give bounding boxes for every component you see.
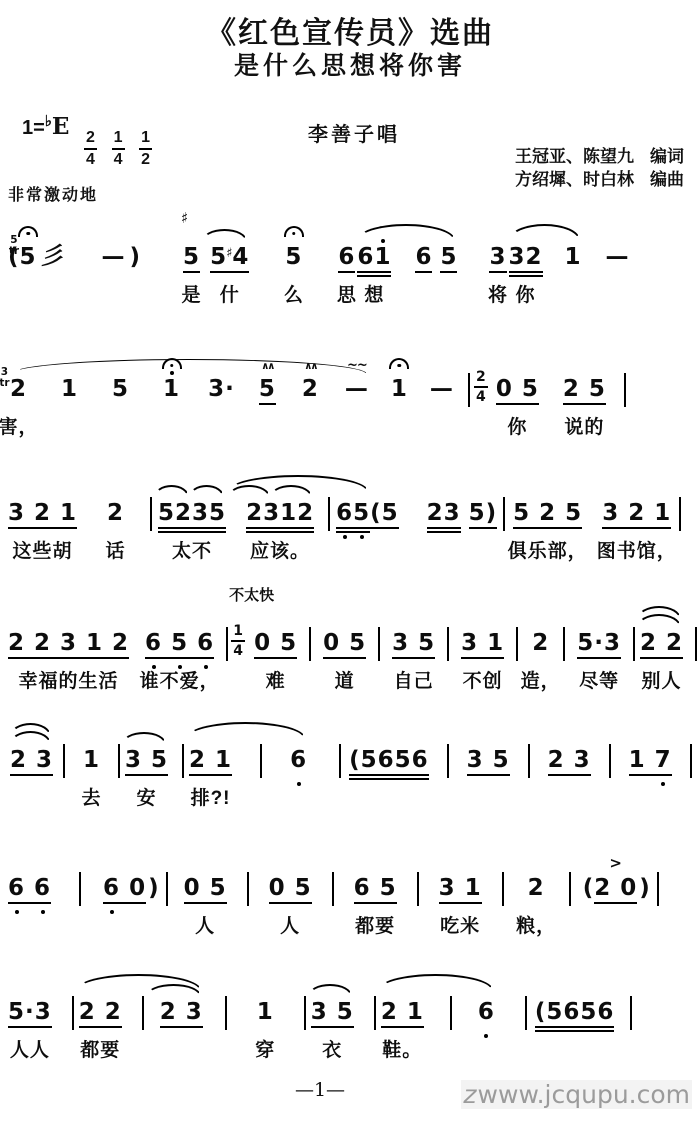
lyric-text: 你	[515, 286, 535, 305]
octave-dot-below	[41, 910, 45, 914]
octave-dot-below	[110, 910, 114, 914]
duration-underline	[160, 1026, 203, 1028]
duration-underline	[489, 271, 506, 273]
duration-underline	[158, 527, 226, 529]
score-line-2: 23tr害，1513·5∧∧2∧∧—~~1—240 5你2 5说的	[8, 332, 700, 458]
note-token: 2话	[107, 502, 124, 525]
lyric-text: 衣	[322, 1041, 342, 1060]
note-token: 1	[163, 378, 180, 401]
slur-arc	[186, 722, 305, 738]
slur-group: 2 1鞋。6	[376, 996, 495, 1024]
lyric-text: 自己	[394, 672, 434, 691]
barline	[226, 627, 228, 661]
note-token: 2造，	[532, 632, 549, 655]
lyric-text: 害，	[0, 418, 39, 437]
duration-underline	[509, 271, 543, 273]
lyric-text: 人	[280, 917, 300, 936]
score-line-5: 2 31去3 5安2 1排?!6(56563 52 31 7	[8, 706, 700, 832]
note-token: 2 3	[548, 749, 591, 772]
time-signature: 24	[474, 370, 488, 404]
mordent-icon: ∧∧	[261, 362, 273, 372]
slur-group: 3 5安	[120, 749, 168, 772]
key-prefix: 1=	[22, 117, 45, 139]
singer-credit: 李善子唱	[308, 118, 400, 147]
score-line-7: 5·3人人2 2都要2 31穿3 5衣2 1鞋。6(5656	[8, 958, 700, 1084]
duration-underline	[563, 403, 606, 405]
note-token: 3 5安	[125, 749, 168, 772]
duration-underline	[8, 902, 51, 904]
meter-2: 14	[112, 130, 125, 168]
lyric-text: 是	[182, 286, 202, 305]
note-token: (	[583, 877, 595, 900]
note-token: 1 7	[629, 749, 672, 772]
slur-group: 2 2都要2 3	[74, 996, 203, 1024]
barline	[690, 744, 692, 778]
duration-underline	[535, 1030, 615, 1032]
lyric-text: 什	[220, 286, 240, 305]
duration-underline	[103, 902, 146, 904]
lyric-text: 想	[364, 286, 384, 305]
note-token: 1穿	[257, 1001, 274, 1024]
slur-arc	[10, 723, 51, 736]
octave-dot-above	[170, 371, 174, 375]
barline	[528, 744, 530, 778]
octave-dot-below	[484, 1034, 488, 1038]
slur-arc	[378, 974, 493, 990]
lyric-text: 图书馆，	[597, 542, 677, 561]
score-line-3: 3 2 1这些胡2话5235太不2312应该。65(5235)5 2 5俱乐部，…	[8, 459, 700, 585]
duration-underline	[158, 531, 226, 533]
note-token: 6	[478, 1001, 495, 1024]
note-token: 1去	[83, 749, 100, 772]
note-token: 3 2 1图书馆，	[602, 502, 671, 525]
barline	[468, 373, 470, 407]
duration-underline	[381, 1026, 424, 1028]
barline	[657, 872, 659, 906]
duration-underline	[629, 774, 672, 776]
note-token: (5	[370, 502, 399, 525]
duration-underline	[354, 902, 397, 904]
duration-underline	[269, 902, 312, 904]
annotation-above: ♯	[181, 211, 188, 226]
lyric-text: 造，	[521, 672, 561, 691]
duration-underline	[184, 902, 227, 904]
barline	[79, 872, 81, 906]
note-token: —	[606, 246, 630, 269]
duration-underline	[311, 1026, 354, 1028]
note-token: 1	[61, 378, 78, 401]
duration-underline	[640, 657, 683, 659]
octave-dot-below	[15, 910, 19, 914]
score-line-1: (55tr彡—)5♯是5♯4什5么6思61想653将32你1—	[8, 206, 700, 332]
barline	[166, 872, 168, 906]
slur-group: 5235太不	[152, 502, 226, 525]
barline	[563, 627, 565, 661]
note-token: 2 5说的	[563, 378, 606, 401]
lyric-text: 不创	[463, 672, 503, 691]
note-token: 2 3	[160, 1001, 203, 1024]
duration-underline	[594, 902, 637, 904]
lyric-text: 说的	[564, 418, 604, 437]
note-token: 5 2 5俱乐部，	[513, 502, 582, 525]
note-token: 3 2 1这些胡	[8, 502, 77, 525]
duration-underline	[125, 774, 168, 776]
fermata-icon	[389, 358, 409, 369]
note-token: 0 5难	[254, 632, 297, 655]
slur-arc	[637, 606, 681, 619]
octave-dot-above	[381, 239, 385, 243]
note-token: —~~	[345, 378, 369, 401]
lyric-text: 幸福的生活	[19, 672, 119, 691]
note-token: 3 5衣	[311, 1001, 354, 1024]
duration-underline	[246, 527, 314, 529]
octave-dot-below	[152, 665, 156, 669]
note-token: 2 1鞋。	[381, 1001, 424, 1024]
slur-group: 2312应该。65	[226, 497, 370, 525]
lyric-text: 将	[488, 286, 508, 305]
lyric-text: 你	[507, 418, 527, 437]
lyric-text: 别人	[641, 672, 681, 691]
duration-underline	[189, 774, 232, 776]
duration-underline	[357, 271, 391, 273]
note-token: 1	[391, 378, 408, 401]
duration-underline	[439, 902, 482, 904]
barline	[569, 872, 571, 906]
octave-dot-below	[661, 782, 665, 786]
note-token: 1	[565, 246, 582, 269]
note-token: 2 2都要	[79, 1001, 122, 1024]
duration-underline	[496, 403, 539, 405]
duration-underline	[427, 531, 461, 533]
slur-group: 5♯4什	[200, 246, 249, 269]
duration-underline	[509, 275, 543, 277]
barline	[339, 744, 341, 778]
fermata-icon	[284, 226, 304, 237]
note-token: (5656	[349, 749, 429, 772]
flat-sign: ♭	[45, 113, 52, 130]
score-line-4: 2 2 3 1 2幸福的生活6 5 6谁不爱，14不太快0 5难0 5道3 5自…	[8, 586, 700, 712]
note-token: 2 2别人	[640, 632, 683, 655]
barline	[516, 627, 518, 661]
duration-underline	[461, 657, 504, 659]
time-signature: 14不太快	[231, 624, 245, 658]
lyric-text: 谁不爱，	[140, 672, 220, 691]
barline	[417, 872, 419, 906]
duration-underline	[254, 657, 297, 659]
mordent-icon: ∧∧	[304, 362, 316, 372]
duration-underline	[338, 271, 355, 273]
lyric-text: 么	[284, 286, 304, 305]
slur-arc	[122, 732, 166, 744]
lyric-text: 都要	[80, 1041, 120, 1060]
barline	[260, 744, 262, 778]
note-token: 0 5人	[184, 877, 227, 900]
lyric-text: 太不	[172, 542, 212, 561]
lyric-text: 话	[106, 542, 126, 561]
duration-underline	[246, 531, 314, 533]
duration-underline	[349, 774, 429, 776]
lyric-text: 都要	[355, 917, 395, 936]
note-token: (5656	[535, 1001, 615, 1024]
note-token: 2 3	[10, 749, 53, 772]
barline	[695, 627, 697, 661]
sheet-music-page: 《红色宣传员》选曲 是什么思想将你害 1=♭E 24 14 12 李善子唱 王冠…	[0, 0, 700, 1121]
duration-underline	[513, 527, 582, 529]
duration-underline	[357, 275, 391, 277]
note-token: 3·	[208, 378, 235, 401]
octave-dot-below	[297, 782, 301, 786]
octave-dot-below	[360, 535, 364, 539]
note-token: 3 5自己	[392, 632, 435, 655]
note-token: 61想	[357, 246, 391, 269]
duration-underline	[183, 271, 200, 273]
note-token: 5♯4什	[210, 246, 249, 269]
note-token: 2 1排?!	[189, 749, 232, 772]
tempo-marking: 非常激动地	[8, 182, 98, 205]
slur-group: 3 5衣	[306, 1001, 354, 1024]
duration-underline	[602, 527, 671, 529]
key-letter: E	[52, 113, 70, 140]
slur-arc	[509, 224, 580, 240]
note-token: 5么	[285, 246, 302, 269]
lyric-text: 鞋。	[382, 1041, 422, 1060]
note-token: 3 5	[467, 749, 510, 772]
accent-icon: >	[609, 856, 622, 871]
barline	[609, 744, 611, 778]
duration-underline	[323, 657, 366, 659]
watermark: zwww.jcqupu.com	[461, 1080, 692, 1109]
annotation-above: 不太快	[229, 588, 274, 604]
note-token: 65	[336, 502, 370, 525]
octave-dot-below	[343, 535, 347, 539]
slur-group: 32你1	[507, 246, 582, 269]
note-token: 3 1不创	[461, 632, 504, 655]
slur-arc	[308, 984, 352, 996]
barline	[328, 497, 330, 531]
note-token: —	[102, 246, 126, 269]
note-token: 6 6	[8, 877, 51, 900]
lyric-text: 思	[337, 286, 357, 305]
note-token: 0 5道	[323, 632, 366, 655]
barline	[378, 627, 380, 661]
slur-group: 61想65	[355, 246, 457, 269]
lyric-text: 俱乐部，	[508, 542, 588, 561]
duration-underline	[349, 778, 429, 780]
note-token: 2 0>	[594, 877, 637, 900]
lyric-text: 去	[82, 789, 102, 808]
lyric-text: 这些胡	[13, 542, 73, 561]
duration-underline	[577, 657, 621, 659]
trill-prefix-icon: 5tr	[9, 235, 19, 257]
barline	[247, 872, 249, 906]
barline	[630, 996, 632, 1030]
duration-underline	[427, 527, 461, 529]
duration-underline	[145, 657, 214, 659]
note-token: 23tr害，	[10, 378, 27, 401]
duration-underline	[440, 271, 457, 273]
note-token: 5	[112, 378, 129, 401]
note-token: 2 2 3 1 2幸福的生活	[8, 632, 129, 655]
note-token: 0 5人	[269, 877, 312, 900]
duration-underline	[370, 527, 399, 529]
slur-group: 2 3	[8, 749, 53, 772]
slur-arc	[154, 485, 189, 497]
barline	[624, 373, 626, 407]
slur-group: 23tr害，1513·5∧∧2∧∧—~~	[8, 378, 369, 401]
barline	[447, 744, 449, 778]
note-token: —	[430, 378, 454, 401]
lyric-text: 吃米	[440, 917, 480, 936]
duration-underline	[79, 1026, 122, 1028]
lyricist-credit: 王冠亚、陈望九编词	[515, 146, 684, 169]
slur-group: 2 2别人	[635, 632, 683, 655]
barline	[503, 497, 505, 531]
lyric-text: 人	[195, 917, 215, 936]
duration-underline	[548, 774, 591, 776]
barline	[63, 744, 65, 778]
note-token: 6 0	[103, 877, 146, 900]
duration-underline	[336, 527, 370, 529]
note-token: 5·3人人	[8, 1001, 52, 1024]
note-token: 6思	[338, 246, 355, 269]
note-token: 5235太不	[158, 502, 226, 525]
note-token: 5)	[469, 502, 498, 525]
watermark-z-icon: z	[463, 1080, 476, 1109]
note-token: 6	[290, 749, 307, 772]
watermark-text: www.jcqupu.com	[478, 1080, 690, 1109]
duration-underline	[469, 527, 498, 529]
slur-arc	[202, 229, 247, 241]
lyric-text: 人人	[10, 1041, 50, 1060]
fermata-icon	[18, 226, 38, 237]
trill-prefix-icon: 3tr	[0, 367, 10, 389]
note-token: 5♯是	[183, 246, 200, 269]
barline	[332, 872, 334, 906]
barline	[502, 872, 504, 906]
note-token: 6	[415, 246, 432, 269]
note-token: )	[148, 877, 160, 900]
credits: 王冠亚、陈望九编词 方绍墀、时白林编曲	[515, 146, 684, 192]
note-token: 2312应该。	[246, 502, 314, 525]
barline	[447, 627, 449, 661]
slur-group: 2312应该。	[226, 502, 314, 525]
lyric-text: 粮，	[516, 917, 556, 936]
composer-credit: 方绍墀、时白林编曲	[515, 169, 684, 192]
note-token: 6 5都要	[354, 877, 397, 900]
octave-dot-below	[204, 665, 208, 669]
note-token: 6 5 6谁不爱，	[145, 632, 214, 655]
score-line-6: 6 66 0)0 5人0 5人6 5都要3 1吃米2粮，(2 0>)	[8, 834, 700, 960]
note-token: 23	[427, 502, 461, 525]
lyric-text: 穿	[255, 1041, 275, 1060]
meter-3: 12	[139, 130, 152, 168]
barline	[450, 996, 452, 1030]
octave-dot-below	[178, 665, 182, 669]
duration-underline	[10, 774, 53, 776]
note-token: 5·3尽等	[577, 632, 621, 655]
note-token: 32你	[509, 246, 543, 269]
note-token: 5∧∧	[259, 378, 276, 401]
note-token: 3 1吃米	[439, 877, 482, 900]
slur-arc	[357, 224, 455, 240]
barline	[309, 627, 311, 661]
note-token: 5	[440, 246, 457, 269]
note-token: 2∧∧	[302, 378, 319, 401]
duration-underline	[259, 403, 276, 405]
barline	[225, 996, 227, 1030]
note-token: 彡	[41, 244, 66, 269]
note-token: )	[130, 246, 142, 269]
wavy-icon: ~~	[347, 359, 367, 372]
duration-underline	[8, 1026, 52, 1028]
note-token: 55tr	[20, 246, 37, 269]
lyric-text: 难	[266, 672, 286, 691]
barline	[679, 497, 681, 531]
song-title: 是什么思想将你害	[0, 46, 700, 82]
meter-1: 24	[84, 130, 97, 168]
duration-underline	[210, 271, 249, 273]
note-token: )	[639, 877, 651, 900]
key-signature: 1=♭E 24 14 12	[22, 112, 152, 168]
barline	[525, 996, 527, 1030]
duration-underline	[467, 774, 510, 776]
duration-underline	[336, 531, 370, 533]
lyric-text: 安	[137, 789, 157, 808]
duration-underline	[8, 657, 129, 659]
lyric-text: 尽等	[579, 672, 619, 691]
note-token: 2粮，	[528, 877, 545, 900]
note-token: 0 5你	[496, 378, 539, 401]
slur-group: 2 1排?!6	[184, 744, 307, 772]
duration-underline	[535, 1026, 615, 1028]
duration-underline	[8, 527, 77, 529]
lyric-text: 道	[335, 672, 355, 691]
duration-underline	[415, 271, 432, 273]
duration-underline	[392, 657, 435, 659]
slur-group: 2 3	[144, 1001, 203, 1024]
note-token: 3将	[489, 246, 506, 269]
lyric-text: 应该。	[250, 542, 310, 561]
slur-arc	[189, 485, 224, 497]
lyric-text: 排?!	[191, 789, 231, 808]
